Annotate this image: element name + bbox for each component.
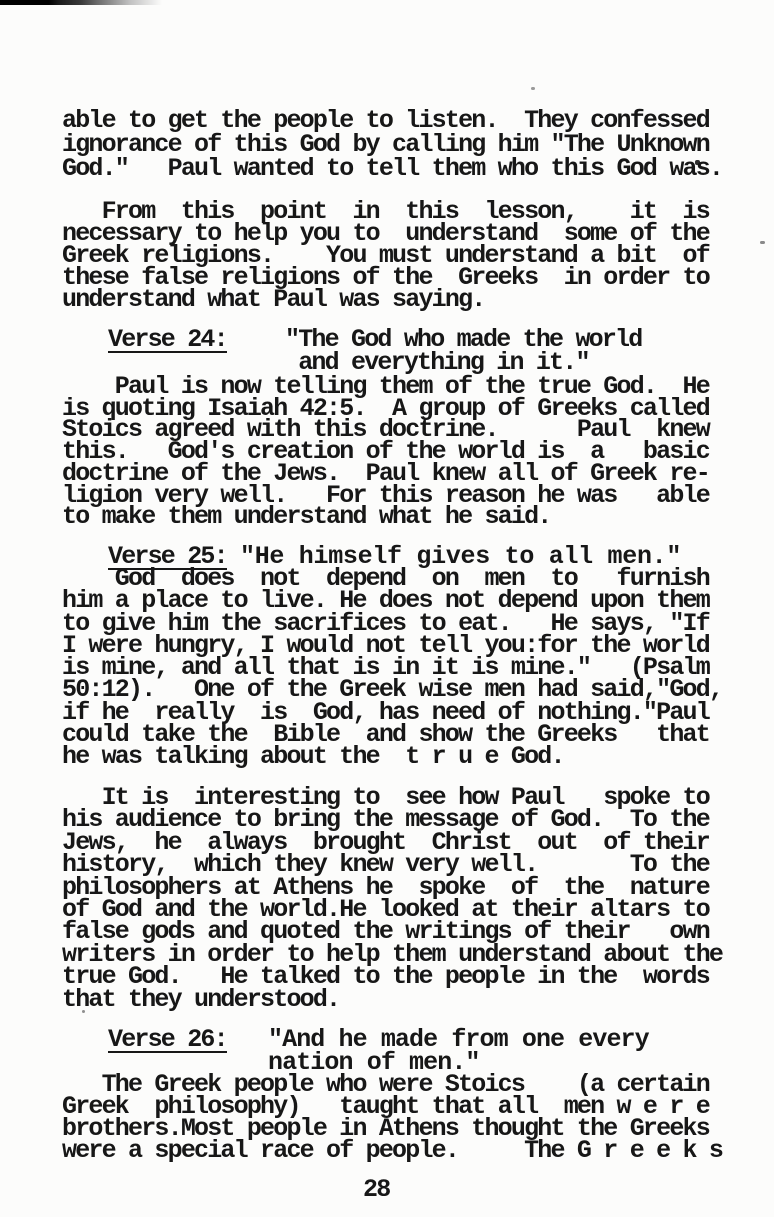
scanned-document-page: able to get the people to listen. They c… bbox=[0, 0, 774, 1217]
verse-24-heading: Verse 24: bbox=[108, 328, 227, 353]
scan-speck bbox=[760, 241, 765, 244]
intro-paragraph: able to get the people to listen. They c… bbox=[62, 109, 722, 181]
scan-speck bbox=[531, 87, 535, 90]
verse-26-quote: "And he made from one every nation of me… bbox=[268, 1028, 649, 1074]
verse-24-quote: "The God who made the world and everythi… bbox=[285, 328, 641, 374]
verse-24-commentary: Paul is now telling them of the true God… bbox=[62, 376, 709, 528]
lesson-context-paragraph: From this point in this lesson, it is ne… bbox=[62, 201, 709, 311]
verse-26-commentary: The Greek people who were Stoics (a cert… bbox=[62, 1074, 722, 1162]
paul-audience-paragraph: It is interesting to see how Paul spoke … bbox=[62, 787, 722, 1011]
verse-25-commentary: God does not depend on men to furnish hi… bbox=[62, 568, 722, 769]
page-number: 28 bbox=[363, 1178, 389, 1201]
verse-26-heading: Verse 26: bbox=[108, 1028, 227, 1053]
scanner-edge-mark bbox=[0, 0, 162, 5]
